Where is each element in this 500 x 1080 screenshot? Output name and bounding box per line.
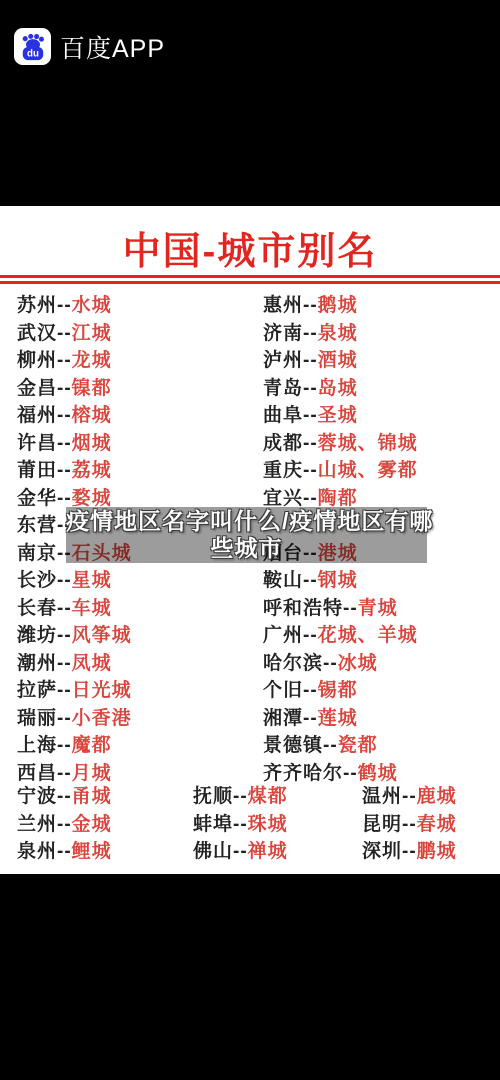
city-alias-row: 泸州--酒城 [263, 345, 500, 373]
city-alias-row: 重庆--山城、雾都 [263, 455, 500, 483]
city-name: 莆田-- [17, 455, 72, 482]
city-name: 抚顺-- [193, 781, 248, 808]
city-name: 福州-- [17, 400, 72, 427]
city-alias: 珠城 [248, 809, 288, 836]
baidu-logo[interactable]: du 百度APP [14, 28, 165, 65]
city-alias: 日光城 [72, 675, 132, 702]
card-title: 中国-城市别名 [0, 220, 500, 275]
city-alias: 锡都 [318, 675, 358, 702]
city-alias: 青城 [358, 593, 398, 620]
svg-text:du: du [27, 49, 39, 60]
city-alias-row: 莆田--荔城 [17, 455, 263, 483]
city-name: 蚌埠-- [193, 809, 248, 836]
city-alias: 莲城 [318, 703, 358, 730]
city-alias: 小香港 [72, 703, 132, 730]
city-name: 惠州-- [263, 290, 318, 317]
city-alias-row: 武汉--江城 [17, 318, 263, 346]
city-list-bottom-column: 宁波--甬城兰州--金城泉州--鲤城 [17, 781, 193, 864]
city-alias-row: 潍坊--风筝城 [17, 620, 263, 648]
city-alias: 瓷都 [338, 730, 378, 757]
city-name: 南京-- [17, 538, 72, 565]
city-name: 武汉-- [17, 318, 72, 345]
city-alias-row: 惠州--鹅城 [263, 290, 500, 318]
city-name: 深圳-- [362, 836, 417, 863]
city-alias-row: 曲阜--圣城 [263, 400, 500, 428]
city-alias: 龙城 [72, 345, 112, 372]
caption-overlay: 疫情地区名字叫什么/疫情地区有哪 些城市 [66, 507, 427, 563]
city-name: 青岛-- [263, 373, 318, 400]
city-name: 泉州-- [17, 836, 72, 863]
city-alias: 钢城 [318, 565, 358, 592]
city-alias-row: 柳州--龙城 [17, 345, 263, 373]
city-alias-row: 呼和浩特--青城 [263, 593, 500, 621]
city-alias-row: 福州--榕城 [17, 400, 263, 428]
city-name: 瑞丽-- [17, 703, 72, 730]
city-name: 许昌-- [17, 428, 72, 455]
city-name: 潍坊-- [17, 620, 72, 647]
city-alias: 陶都 [318, 483, 358, 510]
city-alias-row: 哈尔滨--冰城 [263, 648, 500, 676]
app-header: du 百度APP [14, 28, 165, 65]
city-list-bottom-column: 温州--鹿城昆明--春城深圳--鹏城 [362, 781, 500, 864]
baidu-paw-icon: du [14, 28, 51, 65]
city-alias: 山城、雾都 [318, 455, 418, 482]
city-alias-row: 抚顺--煤都 [193, 781, 362, 809]
city-name: 长沙-- [17, 565, 72, 592]
city-alias: 鲤城 [72, 836, 112, 863]
city-alias-row: 泉州--鲤城 [17, 836, 193, 864]
city-alias-row: 金昌--镍都 [17, 373, 263, 401]
city-alias: 冰城 [338, 648, 378, 675]
city-alias: 甬城 [72, 781, 112, 808]
caption-line-1: 疫情地区名字叫什么/疫情地区有哪 [66, 508, 427, 535]
city-name: 上海-- [17, 730, 72, 757]
city-alias-row: 昆明--春城 [362, 809, 500, 837]
city-alias-card: 中国-城市别名 苏州--水城武汉--江城柳州--龙城金昌--镍都福州--榕城许昌… [0, 206, 500, 874]
city-name: 呼和浩特-- [263, 593, 358, 620]
city-alias-row: 拉萨--日光城 [17, 675, 263, 703]
app-name-label: 百度APP [60, 29, 165, 65]
city-alias: 榕城 [72, 400, 112, 427]
city-alias: 泉城 [318, 318, 358, 345]
city-alias: 凤城 [72, 648, 112, 675]
double-red-divider [0, 275, 500, 284]
city-list-bottom-column: 抚顺--煤都蚌埠--珠城佛山--禅城 [193, 781, 362, 864]
city-alias: 蓉城、锦城 [318, 428, 418, 455]
city-alias: 春城 [417, 809, 457, 836]
city-alias: 烟城 [72, 428, 112, 455]
city-name: 兰州-- [17, 809, 72, 836]
city-alias-row: 宁波--甬城 [17, 781, 193, 809]
city-alias-row: 上海--魔都 [17, 730, 263, 758]
city-alias: 煤都 [248, 781, 288, 808]
city-name: 金昌-- [17, 373, 72, 400]
city-alias-row: 长春--车城 [17, 593, 263, 621]
city-alias-row: 景德镇--瓷都 [263, 730, 500, 758]
city-alias-row: 苏州--水城 [17, 290, 263, 318]
city-alias-row: 湘潭--莲城 [263, 703, 500, 731]
city-alias: 水城 [72, 290, 112, 317]
city-name: 个旧-- [263, 675, 318, 702]
city-alias: 鹏城 [417, 836, 457, 863]
city-alias: 花城、羊城 [318, 620, 418, 647]
city-alias: 荔城 [72, 455, 112, 482]
city-name: 鞍山-- [263, 565, 318, 592]
city-alias-row: 潮州--凤城 [17, 648, 263, 676]
city-alias-row: 成都--蓉城、锦城 [263, 428, 500, 456]
city-alias-row: 瑞丽--小香港 [17, 703, 263, 731]
city-alias: 圣城 [318, 400, 358, 427]
city-alias-row: 深圳--鹏城 [362, 836, 500, 864]
city-alias: 禅城 [248, 836, 288, 863]
city-alias-row: 广州--花城、羊城 [263, 620, 500, 648]
city-alias: 鹅城 [318, 290, 358, 317]
city-name: 潮州-- [17, 648, 72, 675]
city-name: 宁波-- [17, 781, 72, 808]
city-name: 温州-- [362, 781, 417, 808]
city-name: 成都-- [263, 428, 318, 455]
city-alias-row: 济南--泉城 [263, 318, 500, 346]
city-alias: 车城 [72, 593, 112, 620]
city-name: 金华-- [17, 483, 72, 510]
city-name: 哈尔滨-- [263, 648, 338, 675]
city-name: 宜兴-- [263, 483, 318, 510]
city-alias: 鹿城 [417, 781, 457, 808]
city-name: 昆明-- [362, 809, 417, 836]
city-name: 曲阜-- [263, 400, 318, 427]
city-alias-row: 个旧--锡都 [263, 675, 500, 703]
city-name: 拉萨-- [17, 675, 72, 702]
city-alias-row: 长沙--星城 [17, 565, 263, 593]
city-alias-row: 许昌--烟城 [17, 428, 263, 456]
city-alias: 魔都 [72, 730, 112, 757]
city-alias-row: 兰州--金城 [17, 809, 193, 837]
city-name: 长春-- [17, 593, 72, 620]
city-name: 重庆-- [263, 455, 318, 482]
city-name: 佛山-- [193, 836, 248, 863]
city-alias-row: 金华--婺城 [17, 483, 263, 511]
screen: du 百度APP 中国-城市别名 苏州--水城武汉--江城柳州--龙城金昌--镍… [0, 0, 500, 1080]
city-alias-row: 蚌埠--珠城 [193, 809, 362, 837]
caption-line-2: 些城市 [66, 535, 427, 562]
city-list-bottom: 宁波--甬城兰州--金城泉州--鲤城抚顺--煤都蚌埠--珠城佛山--禅城温州--… [0, 781, 500, 864]
city-alias-row: 宜兴--陶都 [263, 483, 500, 511]
city-alias-row: 青岛--岛城 [263, 373, 500, 401]
city-alias-row: 温州--鹿城 [362, 781, 500, 809]
city-name: 苏州-- [17, 290, 72, 317]
city-alias: 镍都 [72, 373, 112, 400]
city-alias-row: 鞍山--钢城 [263, 565, 500, 593]
city-alias: 岛城 [318, 373, 358, 400]
city-alias: 酒城 [318, 345, 358, 372]
city-alias: 风筝城 [72, 620, 132, 647]
city-alias-row: 佛山--禅城 [193, 836, 362, 864]
city-alias: 星城 [72, 565, 112, 592]
city-name: 济南-- [263, 318, 318, 345]
city-alias: 金城 [72, 809, 112, 836]
city-name: 东营-- [17, 510, 72, 537]
city-alias: 婺城 [72, 483, 112, 510]
city-alias: 江城 [72, 318, 112, 345]
city-name: 广州-- [263, 620, 318, 647]
city-name: 泸州-- [263, 345, 318, 372]
city-name: 湘潭-- [263, 703, 318, 730]
city-name: 景德镇-- [263, 730, 338, 757]
city-name: 柳州-- [17, 345, 72, 372]
